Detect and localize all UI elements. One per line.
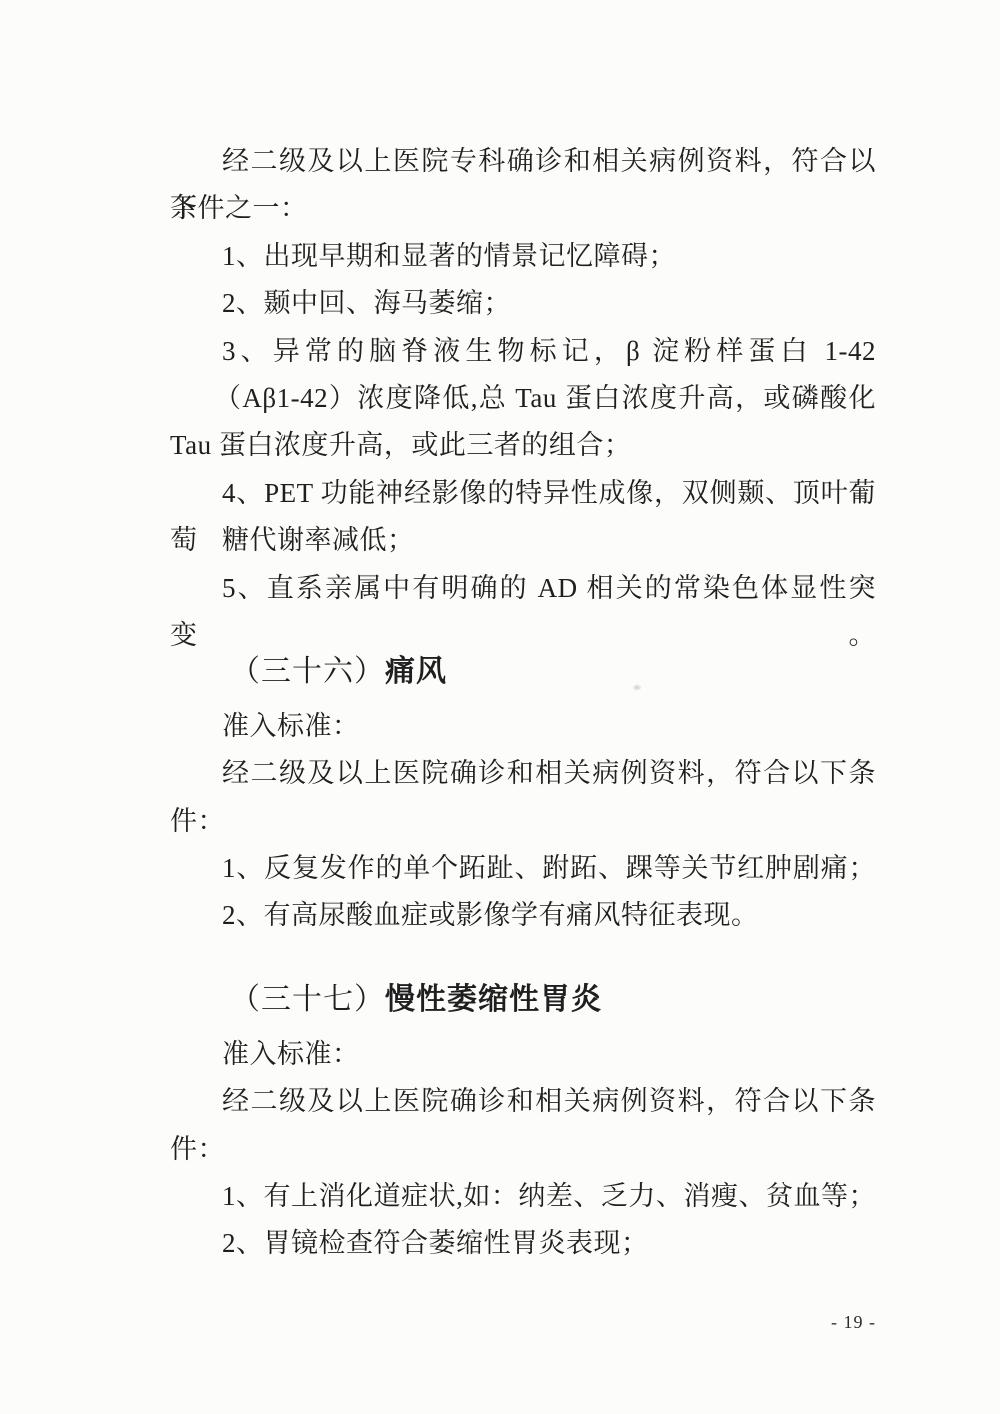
list-item: 1、有上消化道症状,如：纳差、乏力、消瘦、贫血等； [170, 1173, 876, 1220]
paragraph-line: 经二级及以上医院专科确诊和相关病例资料，符合以下 [170, 138, 876, 185]
list-item: 4、PET 功能神经影像的特异性成像，双侧颞、顶叶葡萄 [170, 470, 876, 517]
list-item: 2、胃镜检查符合萎缩性胃炎表现； [170, 1220, 876, 1267]
paragraph-line: 经二级及以上医院确诊和相关病例资料，符合以下条 [170, 750, 876, 797]
paragraph-line: 条件之一： [170, 185, 876, 232]
list-item: 2、有高尿酸血症或影像学有痛风特征表现。 [170, 892, 876, 939]
page-number: - 19 - [831, 1312, 876, 1333]
section-title: 慢性萎缩性胃炎 [385, 983, 602, 1016]
document-page: 经二级及以上医院专科确诊和相关病例资料，符合以下 条件之一： 1、出现早期和显著… [0, 0, 1000, 1414]
paragraph-line: 件： [170, 798, 876, 845]
list-item-continuation: Tau 蛋白浓度升高，或此三者的组合； [170, 422, 876, 469]
paragraph-line: 准入标准： [170, 703, 876, 750]
paragraph-line: 经二级及以上医院确诊和相关病例资料，符合以下条 [170, 1078, 876, 1125]
paragraph-line: 准入标准： [170, 1031, 876, 1078]
section-heading: （三十七）慢性萎缩性胃炎 [170, 976, 876, 1024]
list-item: 5、直系亲属中有明确的 AD 相关的常染色体显性突变。 [170, 565, 876, 612]
list-item: 1、出现早期和显著的情景记忆障碍； [170, 233, 876, 280]
list-item-continuation: 糖代谢率减低； [170, 517, 876, 564]
list-item: 3、异常的脑脊液生物标记，β 淀粉样蛋白 1-42 [170, 328, 876, 375]
section-number: （三十七） [230, 983, 385, 1016]
list-item: 1、反复发作的单个跖趾、跗跖、踝等关节红肿剧痛； [170, 845, 876, 892]
section-number: （三十六） [230, 655, 385, 688]
paragraph-line: 件： [170, 1126, 876, 1173]
list-item: 2、颞中回、海马萎缩； [170, 280, 876, 327]
document-body: 经二级及以上医院专科确诊和相关病例资料，符合以下 条件之一： 1、出现早期和显著… [170, 138, 876, 1268]
section-title: 痛风 [385, 655, 447, 688]
scan-artifact [632, 684, 642, 691]
list-item-continuation: （Aβ1-42）浓度降低,总 Tau 蛋白浓度升高，或磷酸化 [170, 375, 876, 422]
